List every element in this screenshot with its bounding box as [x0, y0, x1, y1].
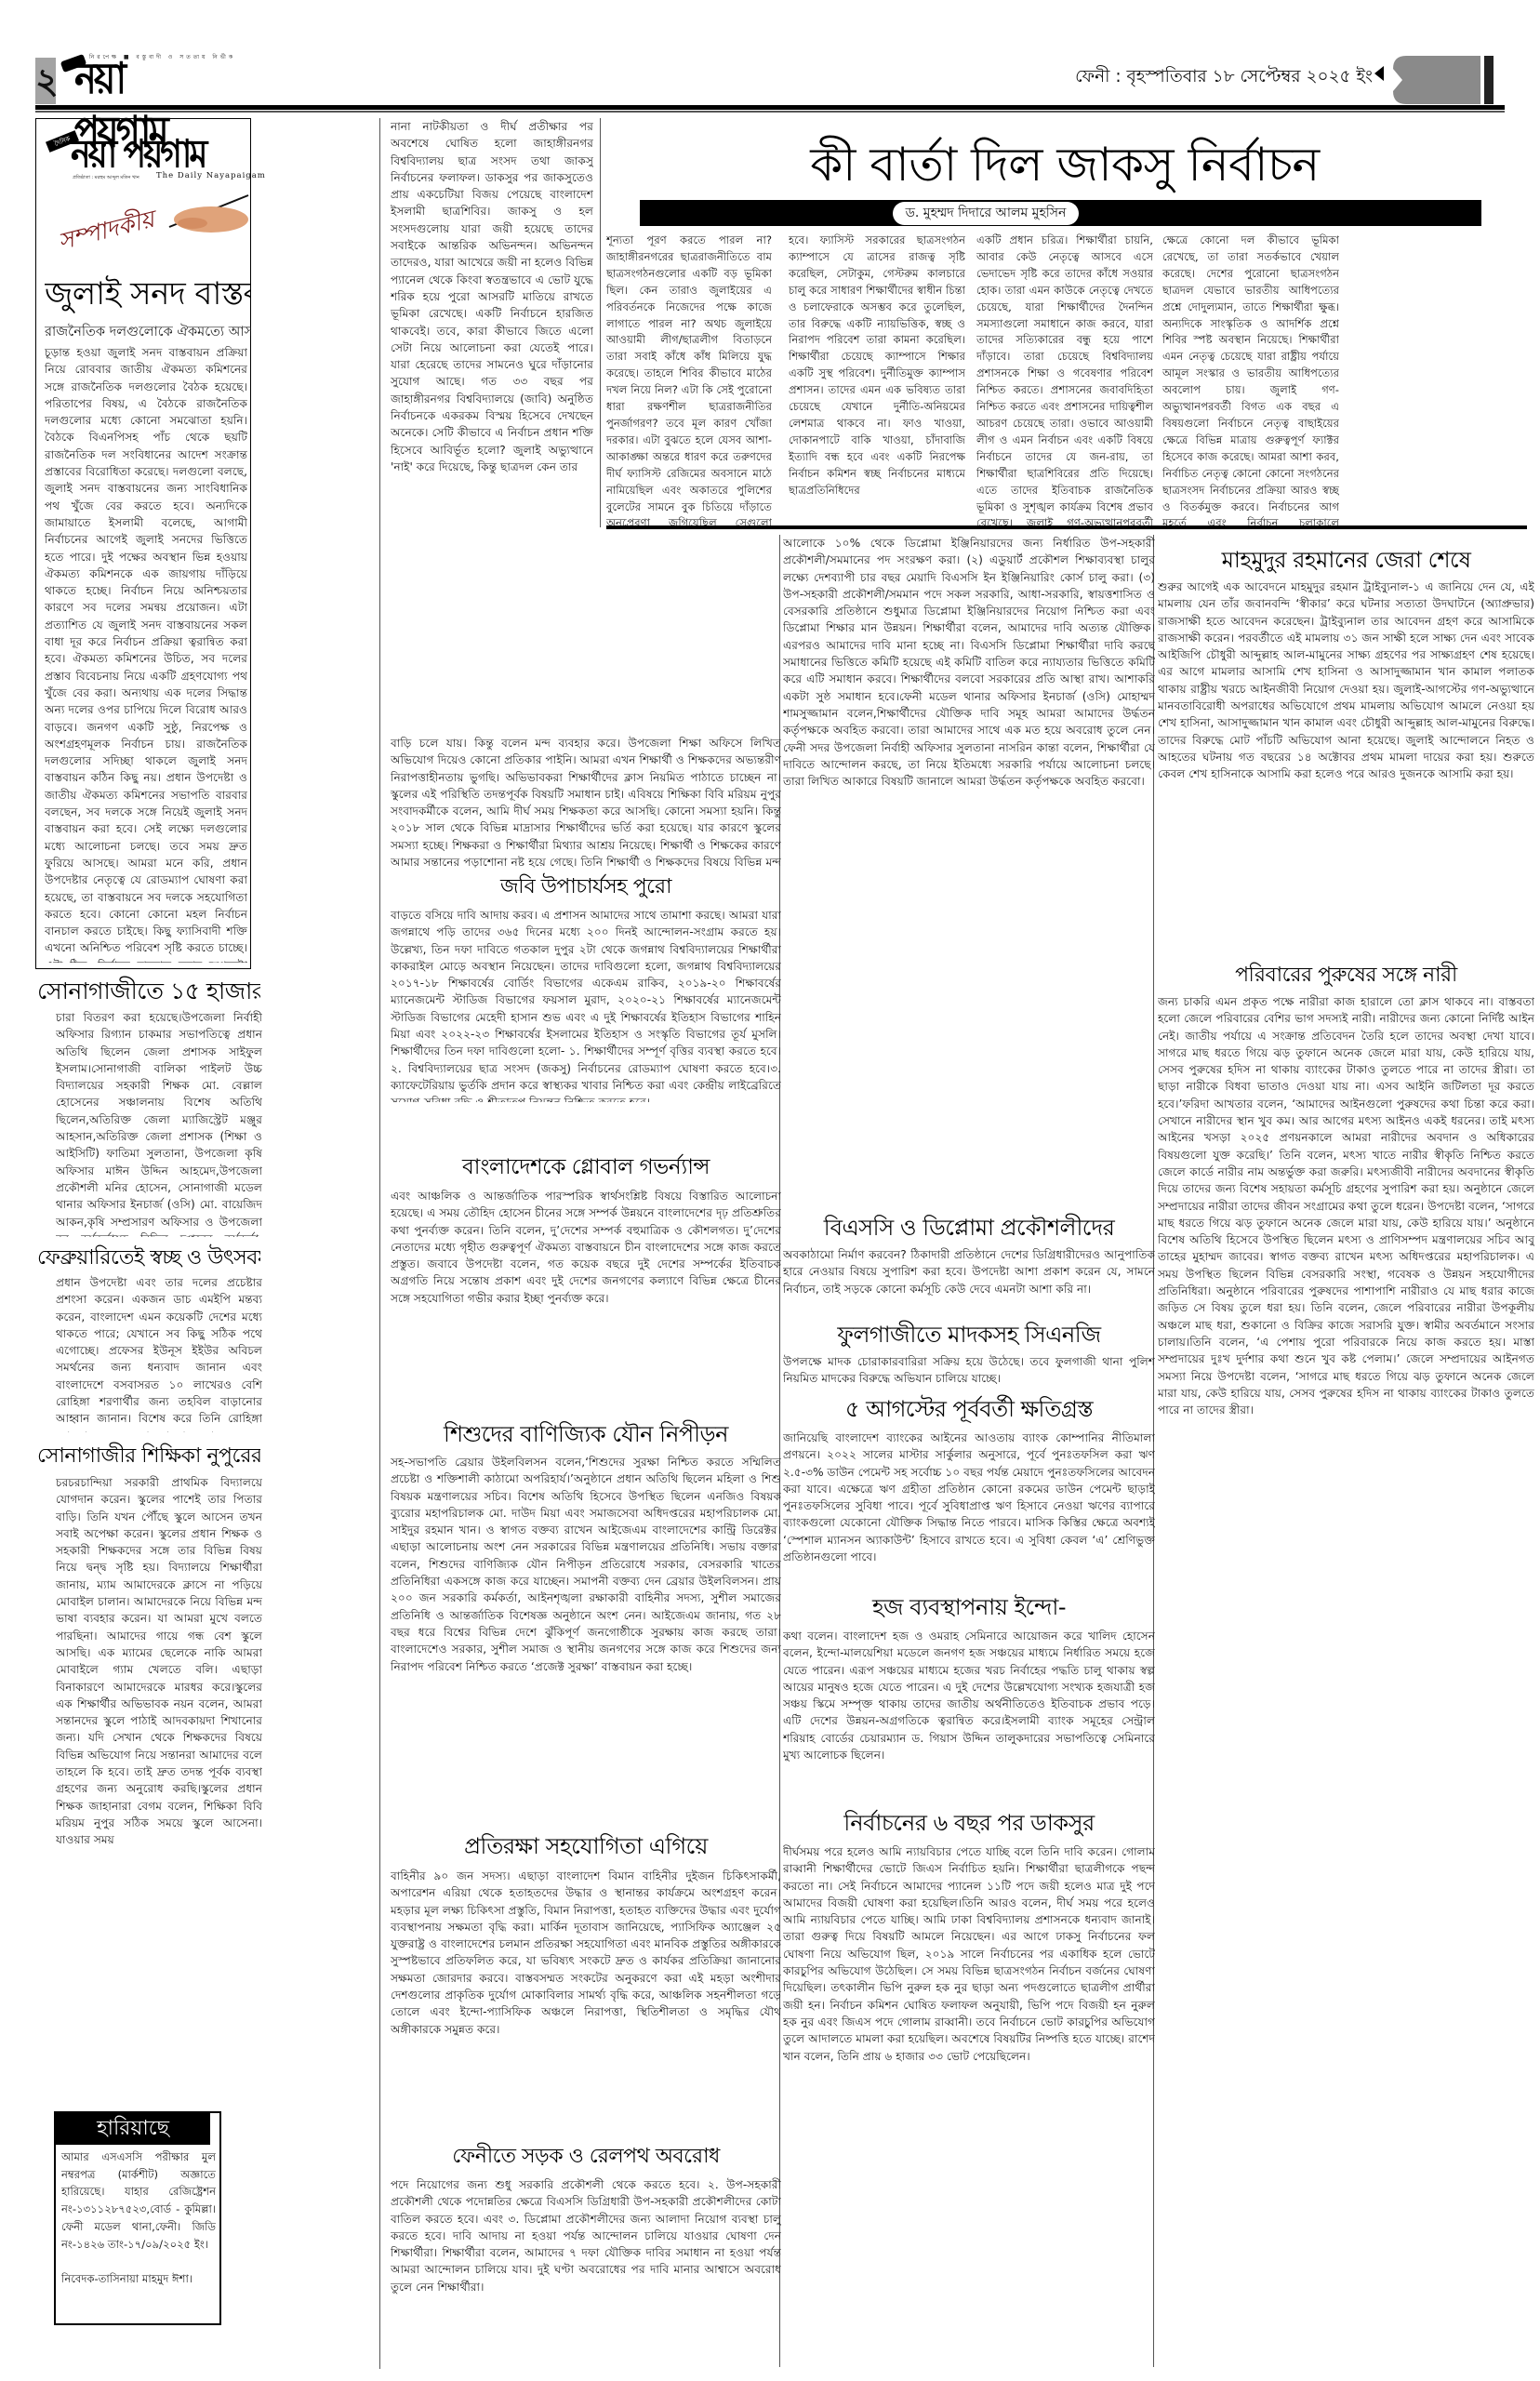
- article-global-governance: এবং আঞ্চলিক ও আন্তর্জাতিক পারস্পরিক স্বা…: [391, 1188, 781, 1383]
- article-nupur-continuation: বাড়ি চলে যায়। কিন্তু বলেন মন্দ ব্যবহার…: [391, 735, 781, 870]
- lost-notice-signature: নিবেদক-তাসিনায়া মাহমুদ ঈশা।: [61, 2272, 192, 2285]
- founder-line: প্রতিষ্ঠাতা : মরহুম আব্দুল মতিন খান: [73, 175, 139, 182]
- column-divider: [379, 118, 380, 2369]
- main-article-col-4: ক্ষেত্রে কোনো দল কীভাবে ভূমিকা রেখেছে, ত…: [1162, 233, 1339, 528]
- article-author: ড. মুহম্মদ দিদারে আলম মুহসিন: [893, 202, 1079, 225]
- lost-notice-title: হারিয়াছে: [56, 2113, 210, 2145]
- headline-feni-blockade: ফেনীতে সড়ক ও রেলপথ অবরোধ: [391, 2139, 781, 2175]
- headline-sonagazi-teacher: সোনাগাজীর শিক্ষিকা নুপুরের: [37, 1439, 260, 1474]
- headline-august-5-affected: ৫ আগস্টের পূর্ববর্তী ক্ষতিগ্রস্ত: [783, 1390, 1155, 1428]
- main-article-col-3: একটি প্রধান চরিত্র। শিক্ষার্থীরা চায়নি,…: [976, 233, 1153, 528]
- previous-page-arrow-icon[interactable]: [1374, 66, 1384, 81]
- article-ducsu-6-years: দীর্ঘসময় পরে হলেও আমি ন্যায়বিচার পেতে …: [783, 1843, 1155, 2364]
- headline-jnu-vc: জবি উপাচার্যসহ পুরো: [391, 870, 781, 905]
- editorial-body: চূড়ান্ত হওয়া জুলাই সনদ বাস্তবায়ন প্রক…: [45, 344, 247, 963]
- headline-mahmudur-cross: মাহমুদুর রহমানের জেরা শেষে: [1158, 542, 1534, 578]
- lost-notice-body: আমার এসএসসি পরীক্ষার মুল নম্বরপত্র (মার্…: [61, 2148, 216, 2325]
- headline-defense-cooperation: প্রতিরক্ষা সহযোগিতা এগিয়ে: [391, 1828, 781, 1865]
- headline-child-exploitation: শিশুদের বাণিজ্যিক যৌন নিপীড়ন: [391, 1416, 781, 1453]
- headline-hajj-management: হজ ব্যবস্থাপনায় ইন্দো-: [783, 1589, 1155, 1626]
- hand-pen-icon: [160, 190, 253, 236]
- page-number: ২: [35, 58, 56, 104]
- main-article-col-1: শূন্যতা পূরণ করতে পারল না? জাহাঙ্গীরনগরে…: [606, 233, 772, 528]
- article-sonagazi-saplings: চারা বিতরণ করা হয়েছে।উপজেলা নির্বাহী অফ…: [56, 1009, 262, 1237]
- headline-fulgazi-drugs: ফুলগাজীতে মাদকসহ সিএনজি: [783, 1316, 1155, 1353]
- headline-sonagazi-saplings: সোনাগাজীতে ১৫ হাজার বনজ: [37, 972, 260, 1011]
- editorial-section-label: সম্পাদকীয়: [58, 195, 244, 251]
- article-diploma-demands: আলোকে ১০% থেকে ডিপ্লোমা ইঞ্জিনিয়ারদের জ…: [783, 535, 1155, 1218]
- main-article-intro: নানা নাটকীয়তা ও দীর্ঘ প্রতীক্ষার পর অবশ…: [391, 118, 593, 727]
- article-fulgazi-drugs: উপলক্ষে মাদক চোরাকারবারিরা সক্রিয় হয়ে …: [783, 1353, 1155, 1389]
- headline-bsc-diploma: বিএসসি ও ডিপ্লোমা প্রকৌশলীদের: [783, 1209, 1155, 1246]
- page-tab-icon: [1387, 56, 1497, 104]
- article-women-with-family: জন্য চাকরি এমন প্রকৃত পক্ষে নারীরা কাজ হ…: [1158, 993, 1534, 2325]
- logo-english: The Daily Nayapaigam: [156, 171, 266, 180]
- article-august-5-affected: জানিয়েছি বাংলাদেশ ব্যাংকের আইনের আওতায়…: [783, 1430, 1155, 1588]
- masthead-rule-thin: [35, 111, 1505, 113]
- lost-notice-text: আমার এসএসসি পরীক্ষার মুল নম্বরপত্র (মার্…: [61, 2150, 216, 2251]
- article-jnu-vc: বাড়তে বসিয়ে দাবি আদায় করব। এ প্রশাসন …: [391, 907, 781, 1102]
- editorial-headline: জুলাই সনদ বাস্তবায়ন: [45, 270, 251, 318]
- editorial-subheadline: রাজনৈতিক দলগুলোকে ঐকমত্যে আসতে হবে: [45, 322, 251, 344]
- main-article-col-2: হবে। ফ্যাসিস্ট সরকারের ছাত্রসংগঠন ক্যাম্…: [789, 233, 965, 528]
- column-divider: [600, 118, 601, 527]
- main-article-headline: কী বার্তা দিল জাকসু নির্বাচন: [604, 130, 1525, 199]
- editorial-logo: দৈনিক নয়া পয়গাম প্রতিষ্ঠাতা : মরহুম আব…: [45, 130, 251, 184]
- article-mahmudur-cross: শুরুর আগেই এক আবেদনে মাহমুদুর রহমান ট্রা…: [1158, 579, 1534, 955]
- headline-women-with-family: পরিবারের পুরুষের সঙ্গে নারী: [1158, 958, 1534, 993]
- newspaper-logo: নিরপেক্ষ ■ বস্তুবাদী ও সততায় নির্ভীক নয…: [58, 52, 216, 108]
- article-bsc-diploma: অবকাঠামো নির্মাণ করবেন? ঠিকাদারী প্রতিষ্…: [783, 1246, 1155, 1313]
- article-child-exploitation: সহ-সভাপতি ব্রেয়ার উইলবিলসন বলেন,‘শিশুদে…: [391, 1454, 781, 1826]
- main-article-rule: [606, 525, 1527, 529]
- dateline: ফেনী : বৃহস্পতিবার ১৮ সেপ্টেম্বর ২০২৫ ইং: [1075, 63, 1373, 92]
- article-hajj-management: কথা বলেন। বাংলাদেশ হজ ও ওমরাহ সেমিনারে আ…: [783, 1628, 1155, 1804]
- article-sonagazi-teacher: চরচরচান্দিয়া সরকারী প্রাথমিক বিদ্যালয়ে…: [56, 1474, 262, 2121]
- headline-global-governance: বাংলাদেশকে গ্লোবাল গভর্ন্যান্স: [391, 1149, 781, 1186]
- article-feni-blockade: পদে নিয়োগের জন্য শুধু সরকারি প্রকৌশলী থ…: [391, 2176, 781, 2353]
- headline-ducsu-6-years: নির্বাচনের ৬ বছর পর ডাকসুর: [783, 1804, 1155, 1842]
- masthead-rule: [35, 105, 1505, 110]
- article-february-election: প্রধান উপদেষ্টা এবং তার দলের প্রচেষ্টার …: [56, 1274, 262, 1432]
- article-defense-cooperation: বাহিনীর ৯০ জন সদস্য। এছাড়া বাংলাদেশ বিম…: [391, 1868, 781, 2137]
- headline-february-election: ফেব্রুয়ারিতেই স্বচ্ছ ও উৎসবমুখর: [37, 1242, 260, 1275]
